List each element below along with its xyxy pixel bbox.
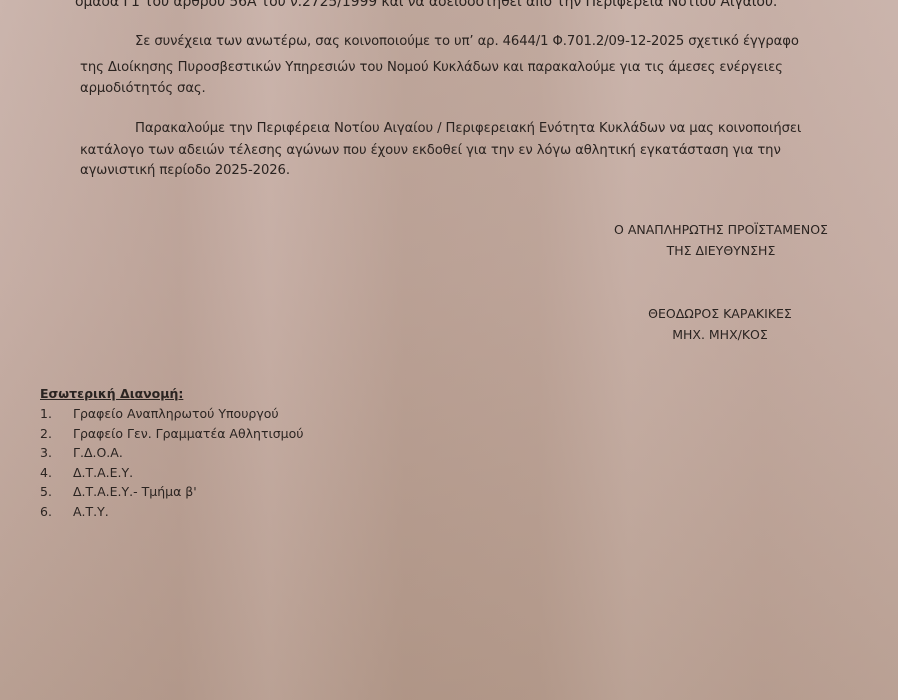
list-item: 3.Γ.Δ.Ο.Α. — [40, 443, 303, 463]
signatory-title: Ο ΑΝΑΠΛΗΡΩΤΗΣ ΠΡΟΪΣΤΑΜΕΝΟΣ — [595, 222, 847, 237]
item-text: Δ.Τ.Α.Ε.Υ.- Τμήμα β' — [73, 482, 197, 502]
paragraph-line: Σε συνέχεια των ανωτέρω, σας κοινοποιούμ… — [135, 34, 799, 49]
list-item: 1.Γραφείο Αναπληρωτού Υπουργού — [40, 404, 303, 424]
item-number: 4. — [40, 463, 73, 483]
list-item: 2.Γραφείο Γεν. Γραμματέα Αθλητισμού — [40, 424, 303, 444]
paragraph-line: της Διοίκησης Πυροσβεστικών Υπηρεσιών το… — [80, 60, 783, 75]
distribution-heading: Εσωτερική Διανομή: — [40, 386, 183, 401]
signatory-name: ΘΕΟΔΩΡΟΣ ΚΑΡΑΚΙΚΕΣ — [620, 306, 820, 321]
paragraph-line: κατάλογο των αδειών τέλεσης αγώνων που έ… — [80, 143, 781, 158]
list-item: 6.Α.Τ.Υ. — [40, 502, 303, 522]
list-item: 5.Δ.Τ.Α.Ε.Υ.- Τμήμα β' — [40, 482, 303, 502]
signatory-department: ΤΗΣ ΔΙΕΥΘΥΝΣΗΣ — [595, 243, 847, 258]
item-number: 6. — [40, 502, 73, 522]
item-text: Γ.Δ.Ο.Α. — [73, 443, 123, 463]
item-number: 5. — [40, 482, 73, 502]
paragraph-line: αγωνιστική περίοδο 2025-2026. — [80, 163, 290, 178]
paragraph-line: αρμοδιότητός σας. — [80, 81, 206, 96]
item-text: Δ.Τ.Α.Ε.Υ. — [73, 463, 133, 483]
item-number: 2. — [40, 424, 73, 444]
item-number: 3. — [40, 443, 73, 463]
item-text: Γραφείο Γεν. Γραμματέα Αθλητισμού — [73, 424, 303, 444]
signatory-rank: ΜΗΧ. ΜΗΧ/ΚΟΣ — [620, 327, 820, 342]
paragraph-line: Παρακαλούμε την Περιφέρεια Νοτίου Αιγαίο… — [135, 121, 801, 136]
document-page: ομάδα Γ1 του άρθρου 56Α του ν.2725/1999 … — [0, 0, 898, 700]
distribution-list: 1.Γραφείο Αναπληρωτού Υπουργού 2.Γραφείο… — [40, 404, 303, 522]
item-number: 1. — [40, 404, 73, 424]
top-line-text: ομάδα Γ1 του άρθρου 56Α του ν.2725/1999 … — [75, 0, 777, 10]
list-item: 4.Δ.Τ.Α.Ε.Υ. — [40, 463, 303, 483]
item-text: Α.Τ.Υ. — [73, 502, 109, 522]
item-text: Γραφείο Αναπληρωτού Υπουργού — [73, 404, 279, 424]
